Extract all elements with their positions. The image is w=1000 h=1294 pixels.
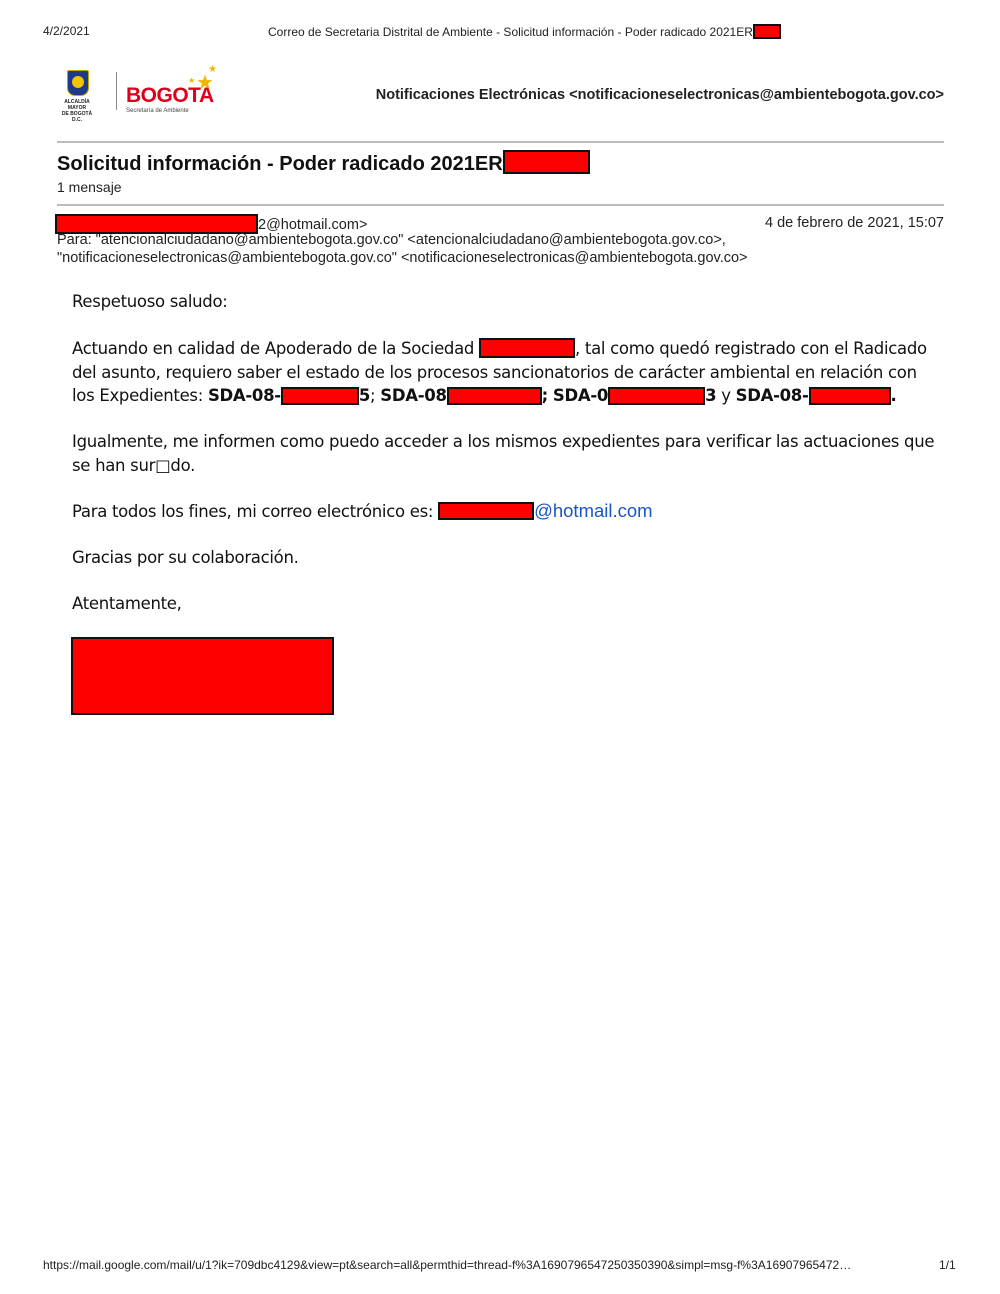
p2-line-2: se han sur□do.	[72, 454, 942, 478]
p3-text: Para todos los fines, mi correo electrón…	[72, 502, 438, 521]
expediente-2: SDA-08	[380, 386, 446, 405]
conjunction: y	[716, 386, 735, 405]
print-title: Correo de Secretaria Distrital de Ambien…	[268, 24, 781, 39]
coat-of-arms-icon	[67, 70, 89, 96]
body-paragraph-2: Igualmente, me informen como puedo acced…	[72, 430, 942, 477]
signature-redaction	[71, 637, 334, 715]
message-count: 1 mensaje	[57, 179, 122, 195]
logo-divider	[116, 72, 117, 110]
message-from: 2@hotmail.com>	[55, 214, 367, 234]
expediente-1-tail: 5	[359, 386, 370, 405]
body-paragraph-3: Para todos los fines, mi correo electrón…	[72, 499, 942, 524]
redaction-block	[503, 150, 590, 174]
print-header: 4/2/2021 Correo de Secretaria Distrital …	[0, 24, 1000, 42]
redaction-block	[608, 387, 705, 405]
body-closing: Atentamente,	[72, 592, 942, 616]
redaction-block	[753, 24, 781, 39]
redaction-block	[479, 338, 575, 358]
secretaria-label: Secretaría de Ambiente	[126, 108, 189, 114]
p1-text-b: , tal como quedó registrado con el Radic…	[575, 339, 927, 358]
message-to-line-1: Para: "atencionalciudadano@ambientebogot…	[57, 232, 726, 248]
expediente-2-tail: ;	[542, 386, 548, 405]
contact-email-link[interactable]: @hotmail.com	[534, 500, 653, 521]
expedientes-label: los Expedientes:	[72, 386, 208, 405]
expediente-4: SDA-08-	[736, 386, 809, 405]
body-greeting: Respetuoso saludo:	[72, 290, 942, 314]
body-thanks: Gracias por su colaboración.	[72, 546, 942, 570]
star-icon: ★	[208, 64, 217, 75]
body-paragraph-1: Actuando en calidad de Apoderado de la S…	[72, 337, 942, 408]
expediente-3-tail: 3	[705, 386, 716, 405]
alcaldia-label: ALCALDÍA MAYORDE BOGOTÁ D.C.	[60, 99, 94, 123]
star-icon: ★	[188, 76, 195, 85]
alcaldia-line1: ALCALDÍA MAYOR	[64, 99, 90, 111]
account-label: Notificaciones Electrónicas <notificacio…	[376, 87, 944, 103]
subject-text: Solicitud información - Poder radicado 2…	[57, 153, 503, 175]
message-date: 4 de febrero de 2021, 15:07	[765, 215, 944, 231]
redaction-block	[55, 214, 258, 234]
page-number: 1/1	[939, 1258, 956, 1272]
secretaria-ambiente-logo: ALCALDÍA MAYORDE BOGOTÁ D.C. BOGOTA Secr…	[60, 68, 220, 120]
divider	[57, 204, 944, 206]
p2-line-1: Igualmente, me informen como puedo acced…	[72, 430, 942, 454]
p1-line-1: Actuando en calidad de Apoderado de la S…	[72, 337, 942, 361]
alcaldia-line2: DE BOGOTÁ D.C.	[62, 111, 92, 123]
p1-line-2: del asunto, requiero saber el estado de …	[72, 361, 942, 385]
divider	[57, 141, 944, 143]
redaction-block	[281, 387, 359, 405]
redaction-block	[438, 502, 534, 520]
expediente-1: SDA-08-	[208, 386, 281, 405]
footer-url: https://mail.google.com/mail/u/1?ik=709d…	[43, 1258, 851, 1272]
redaction-block	[447, 387, 542, 405]
message-to-line-2: "notificacioneselectronicas@ambientebogo…	[57, 250, 748, 266]
from-email-suffix: 2@hotmail.com>	[258, 217, 367, 233]
expediente-3: SDA-0	[553, 386, 608, 405]
p1-text-a: Actuando en calidad de Apoderado de la S…	[72, 339, 479, 358]
p1-line-3: los Expedientes: SDA-08-5; SDA-08; SDA-0…	[72, 384, 942, 408]
separator: ;	[370, 386, 380, 405]
redaction-block	[809, 387, 891, 405]
thread-subject: Solicitud información - Poder radicado 2…	[57, 150, 590, 176]
print-title-text: Correo de Secretaria Distrital de Ambien…	[268, 25, 753, 39]
expediente-4-tail: .	[891, 386, 897, 405]
print-date: 4/2/2021	[43, 24, 90, 38]
